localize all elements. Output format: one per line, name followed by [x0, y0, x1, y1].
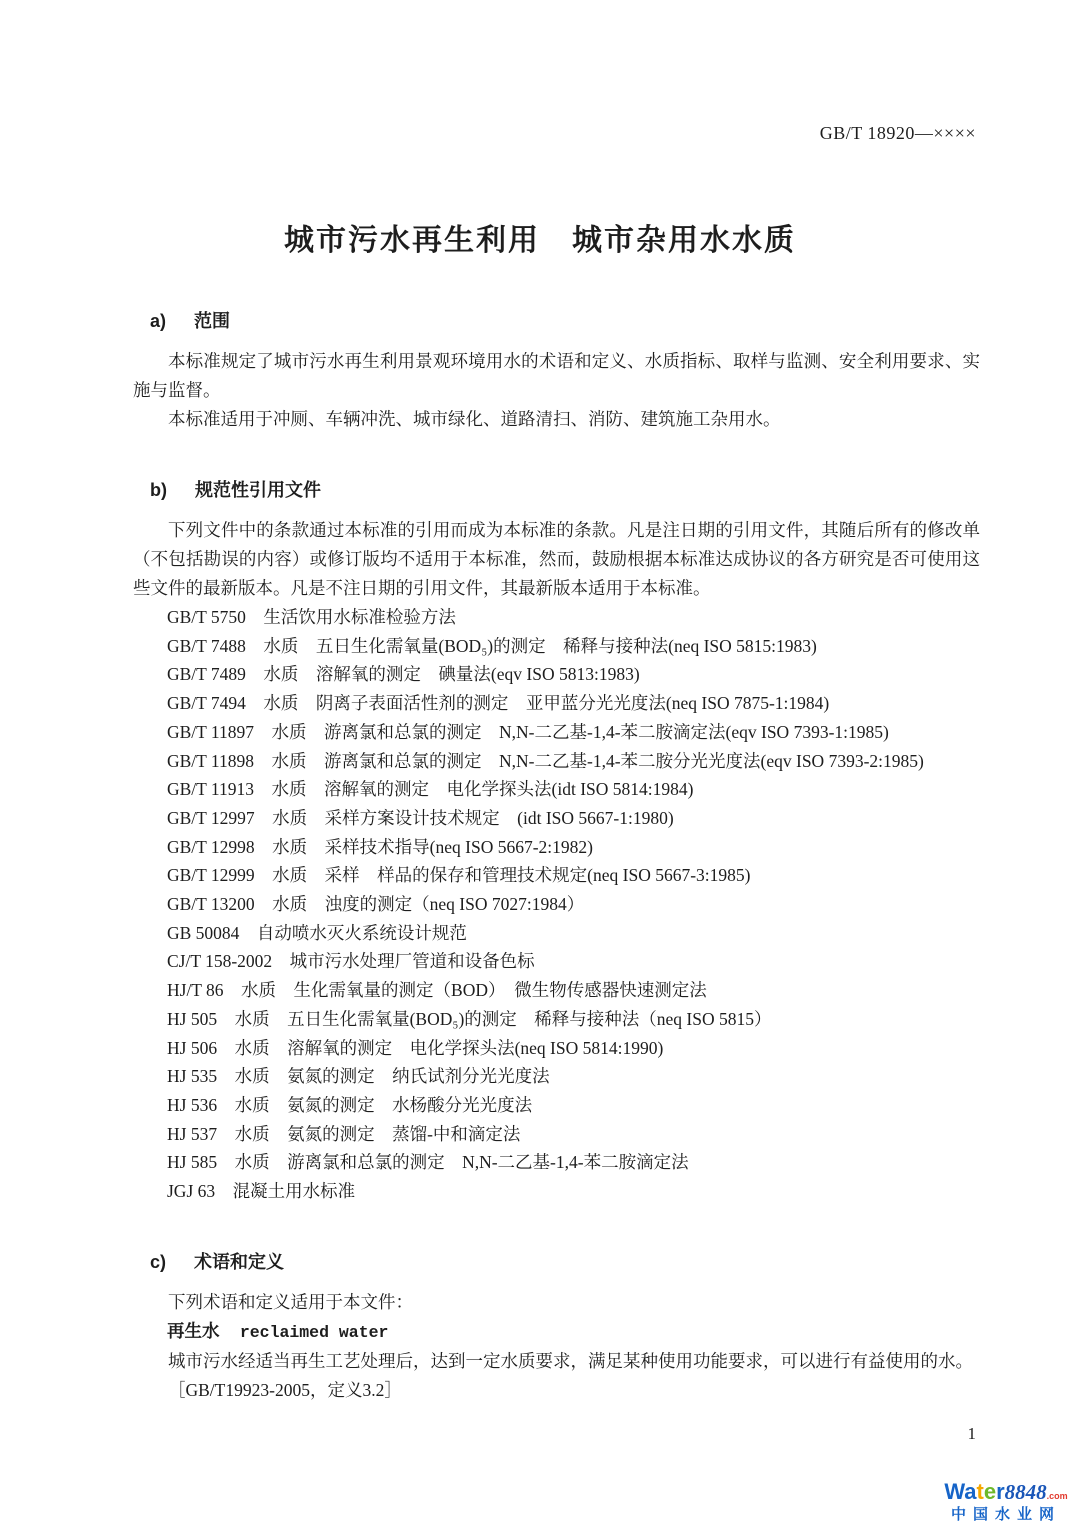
- reference-item: HJ 537 水质 氨氮的测定 蒸馏-中和滴定法: [167, 1120, 980, 1149]
- reference-item: GB/T 7488 水质 五日生化需氧量(BOD₅)的测定 稀释与接种法(neq…: [167, 632, 980, 661]
- scope-paragraph-2: 本标准适用于冲厕、车辆冲洗、城市绿化、道路清扫、消防、建筑施工杂用水。: [133, 405, 980, 434]
- section-title: 规范性引用文件: [195, 478, 321, 502]
- document-page: GB/T 18920—×××× 城市污水再生利用 城市杂用水水质 a) 范围 本…: [0, 0, 1080, 1526]
- document-title: 城市污水再生利用 城市杂用水水质: [0, 221, 1080, 261]
- term-entry: 再生水 reclaimed water: [167, 1317, 980, 1347]
- logo-word-water: Water: [944, 1479, 1004, 1504]
- section-prefix: a): [150, 309, 166, 333]
- reference-item: HJ 535 水质 氨氮的测定 纳氏试剂分光光度法: [167, 1062, 980, 1091]
- logo-wordmark: Water8848.com: [938, 1481, 1074, 1503]
- reference-item: HJ 505 水质 五日生化需氧量(BOD₅)的测定 稀释与接种法（neq IS…: [167, 1005, 980, 1034]
- logo-letter: t: [977, 1479, 984, 1504]
- section-heading-scope: a) 范围: [150, 309, 980, 333]
- term-name-zh: 再生水: [167, 1321, 220, 1341]
- section-title: 范围: [194, 309, 230, 333]
- reference-item: HJ 536 水质 氨氮的测定 水杨酸分光光度法: [167, 1091, 980, 1120]
- logo-letter: e: [984, 1479, 996, 1504]
- reference-item: GB/T 13200 水质 浊度的测定（neq ISO 7027:1984）: [167, 890, 980, 919]
- term-name-en: reclaimed water: [240, 1323, 389, 1342]
- section-heading-references: b) 规范性引用文件: [150, 478, 980, 502]
- terms-intro: 下列术语和定义适用于本文件：: [133, 1288, 980, 1317]
- reference-item: JGJ 63 混凝土用水标准: [167, 1177, 980, 1206]
- reference-item: GB/T 7489 水质 溶解氧的测定 碘量法(eqv ISO 5813:198…: [167, 660, 980, 689]
- reference-item: HJ/T 86 水质 生化需氧量的测定（BOD） 微生物传感器快速测定法: [167, 976, 980, 1005]
- section-title: 术语和定义: [194, 1250, 284, 1274]
- references-intro: 下列文件中的条款通过本标准的引用而成为本标准的条款。凡是注日期的引用文件，其随后…: [133, 516, 980, 603]
- section-prefix: b): [150, 478, 167, 502]
- logo-letter: r: [996, 1479, 1005, 1504]
- reference-item: HJ 585 水质 游离氯和总氯的测定 N,N-二乙基-1,4-苯二胺滴定法: [167, 1148, 980, 1177]
- references-list: GB/T 5750 生活饮用水标准检验方法 GB/T 7488 水质 五日生化需…: [133, 603, 980, 1206]
- reference-item: GB/T 11913 水质 溶解氧的测定 电化学探头法(idt ISO 5814…: [167, 775, 980, 804]
- reference-item: GB 50084 自动喷水灭火系统设计规范: [167, 919, 980, 948]
- reference-item: GB/T 11897 水质 游离氯和总氯的测定 N,N-二乙基-1,4-苯二胺滴…: [167, 718, 980, 747]
- reference-item: GB/T 12997 水质 采样方案设计技术规定 (idt ISO 5667-1…: [167, 804, 980, 833]
- term-source-reference: ［GB/T19923-2005，定义3.2］: [133, 1376, 980, 1405]
- scope-paragraph-1: 本标准规定了城市污水再生利用景观环境用水的术语和定义、水质指标、取样与监测、安全…: [133, 347, 980, 405]
- reference-item: CJ/T 158-2002 城市污水处理厂管道和设备色标: [167, 947, 980, 976]
- term-definition: 城市污水经适当再生工艺处理后，达到一定水质要求，满足某种使用功能要求，可以进行有…: [133, 1347, 980, 1376]
- reference-item: GB/T 7494 水质 阴离子表面活性剂的测定 亚甲蓝分光光度法(neq IS…: [167, 689, 980, 718]
- logo-subtitle: 中国水业网: [938, 1507, 1074, 1522]
- logo-number: 8848: [1005, 1480, 1047, 1504]
- logo-letter: W: [944, 1479, 964, 1504]
- reference-item: GB/T 5750 生活饮用水标准检验方法: [167, 603, 980, 632]
- standard-code: GB/T 18920—××××: [0, 0, 976, 143]
- reference-item: GB/T 11898 水质 游离氯和总氯的测定 N,N-二乙基-1,4-苯二胺分…: [167, 747, 980, 776]
- section-prefix: c): [150, 1250, 166, 1274]
- reference-item: GB/T 12999 水质 采样 样品的保存和管理技术规定(neq ISO 56…: [167, 861, 980, 890]
- page-number: 1: [968, 1424, 977, 1444]
- reference-item: GB/T 12998 水质 采样技术指导(neq ISO 5667-2:1982…: [167, 833, 980, 862]
- logo-letter: a: [964, 1479, 976, 1504]
- section-heading-terms: c) 术语和定义: [150, 1250, 980, 1274]
- logo-dot-com: .com: [1047, 1491, 1068, 1501]
- reference-item: HJ 506 水质 溶解氧的测定 电化学探头法(neq ISO 5814:199…: [167, 1034, 980, 1063]
- water8848-watermark-logo: Water8848.com 中国水业网: [938, 1481, 1074, 1522]
- document-body: a) 范围 本标准规定了城市污水再生利用景观环境用水的术语和定义、水质指标、取样…: [133, 309, 980, 1405]
